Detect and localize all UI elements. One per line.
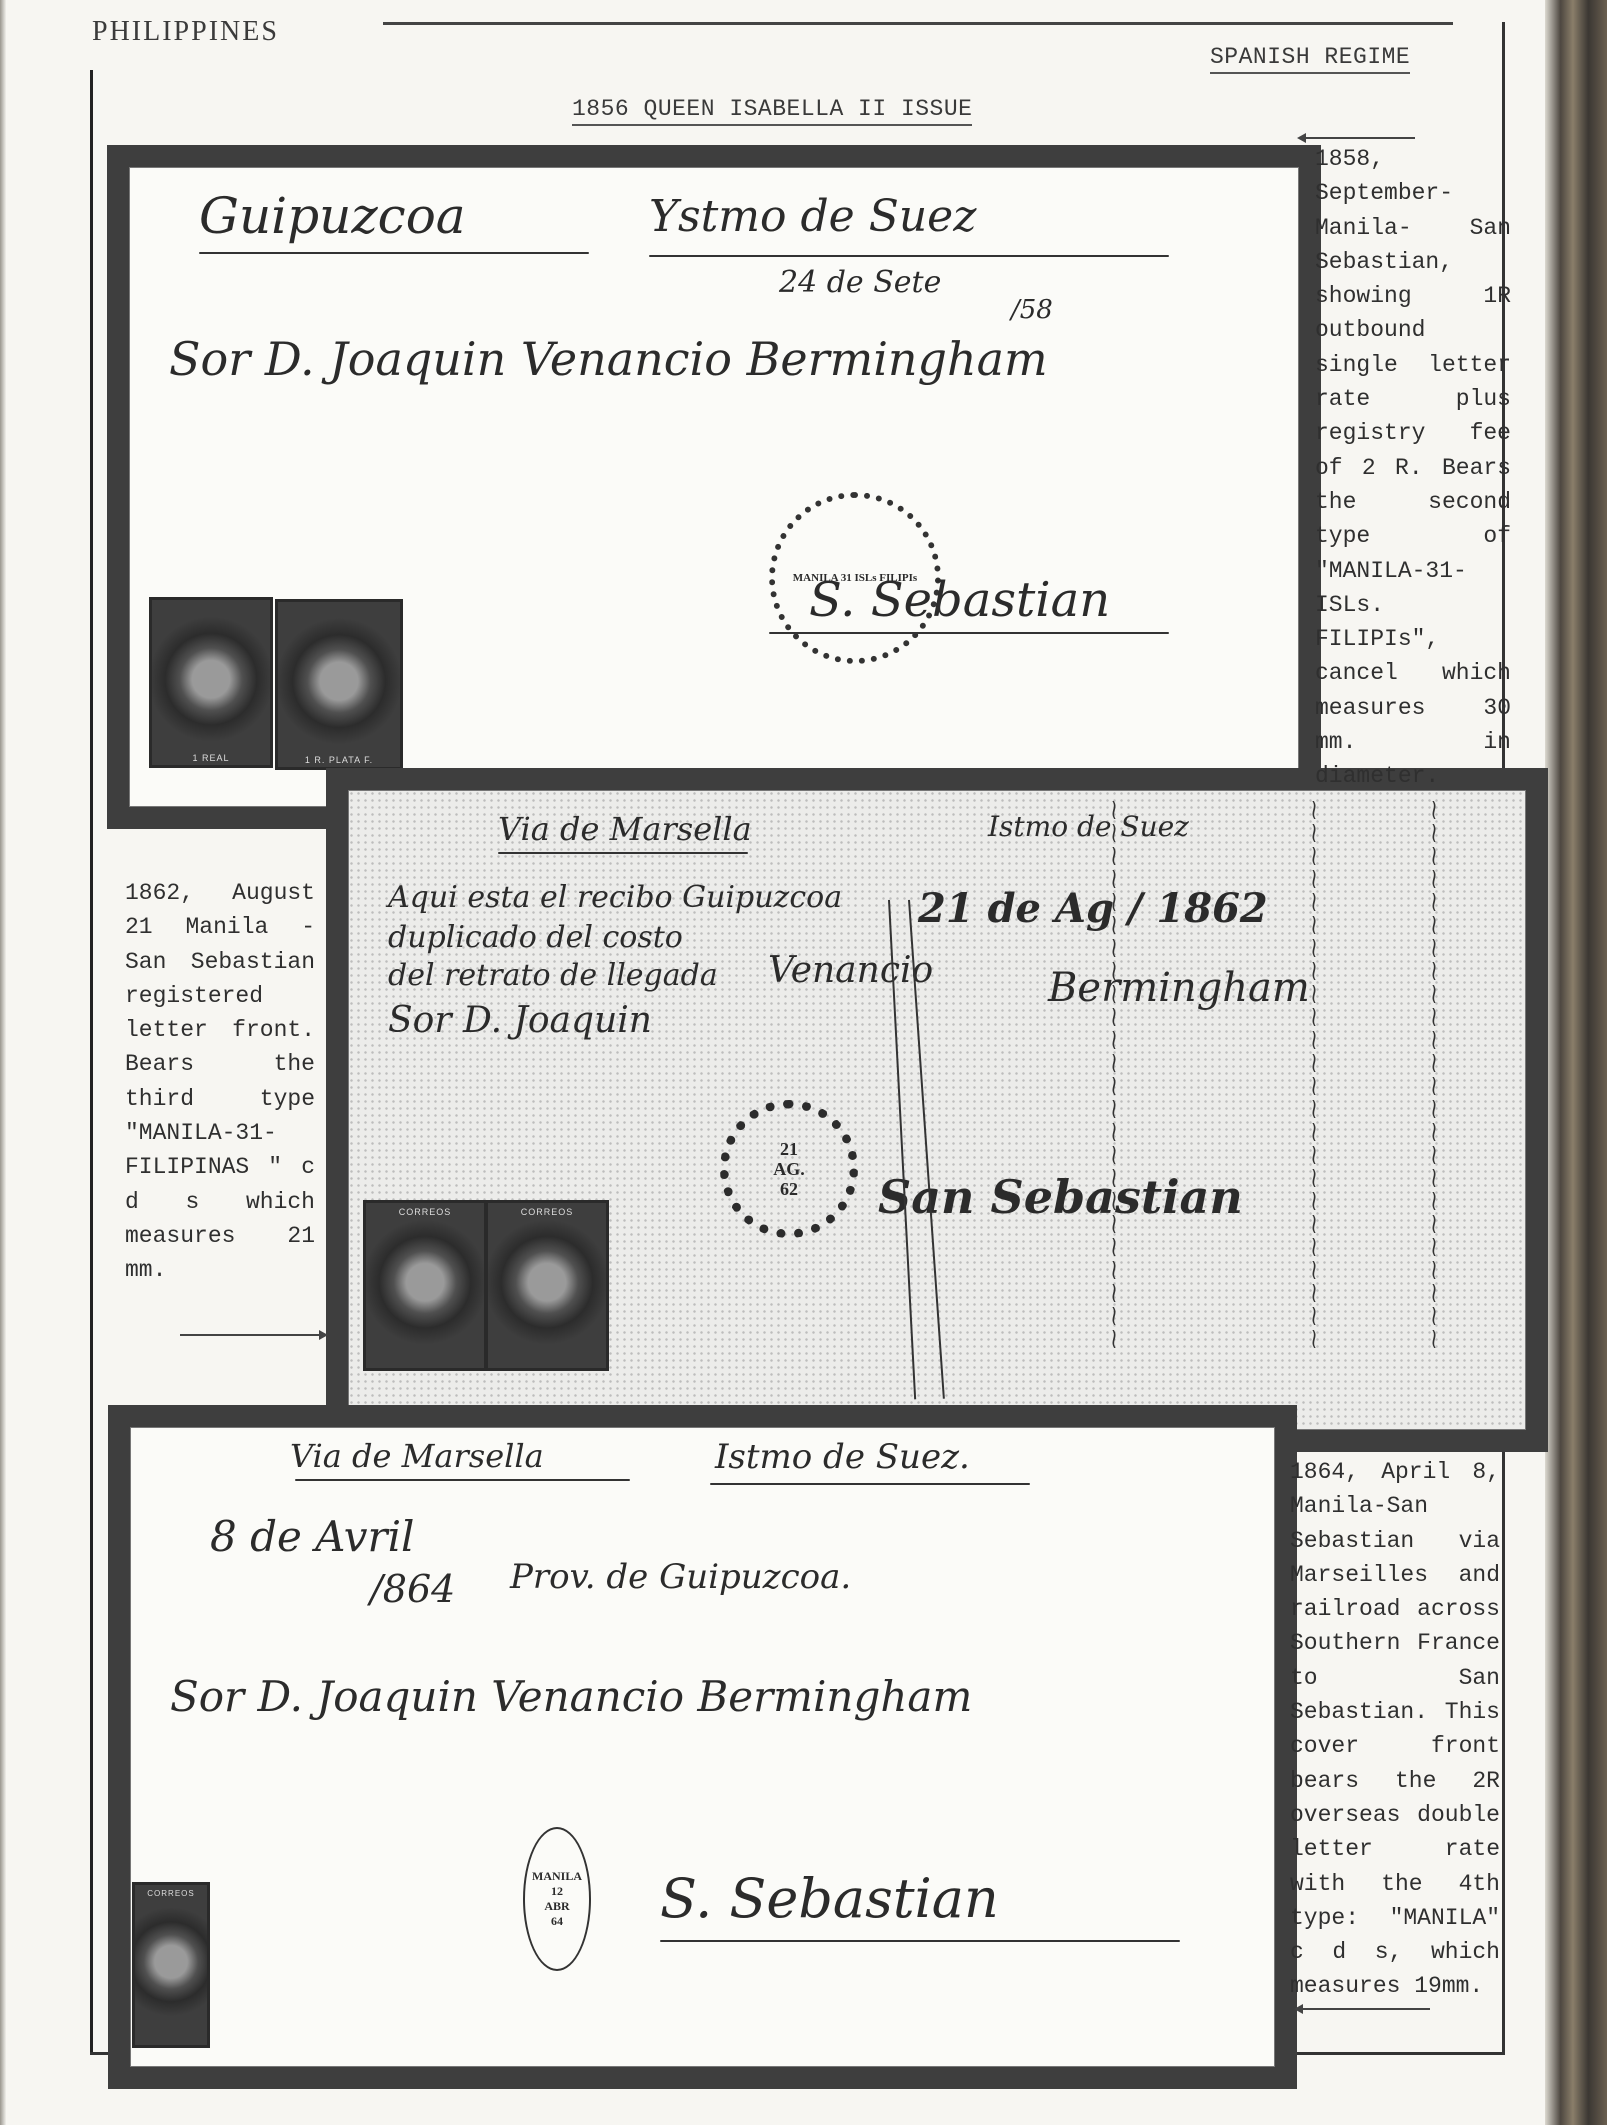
cover-1862: Via de Marsella Aqui esta el recibo Guip… [326,768,1548,1452]
handwriting-underline [649,255,1169,257]
section-label: SPANISH REGIME [1210,44,1410,74]
stamp-isabella-2: CORREOS [485,1200,609,1371]
stamp-isabella-single: CORREOS [132,1882,210,2048]
handwriting-underline [199,252,589,254]
scan-binding-edge [1545,0,1607,2125]
handwriting-route: Via de Marsella [290,1437,544,1475]
handwriting-istmo: Istmo de Suez [988,810,1189,843]
stamp-isabella-2: 1 R. PLATA F. [275,599,403,770]
header-rule [383,22,1453,25]
handwriting-province: Guipuzcoa [199,187,466,245]
handwriting-addressee: Sor D. Joaquin Venancio Bermingham [170,1672,972,1721]
handwriting-addressee: Sor D. Joaquin Venancio Bermingham [169,332,1048,386]
handwriting-route: Via de Marsella [498,810,752,848]
handwriting-addressee-mid: Venancio [768,950,933,991]
stamp-isabella-1: CORREOS [363,1200,487,1371]
handwriting-date: 8 de Avril [210,1512,414,1561]
caption-cover-1864: 1864, April 8, Manila-San Sebastian via … [1290,1455,1500,2004]
handwriting-underline [710,1483,1030,1485]
vertical-cross-writing: ⁓⁓⁓⁓⁓⁓⁓⁓⁓⁓⁓⁓⁓⁓⁓⁓⁓⁓⁓⁓⁓⁓⁓⁓ [1103,800,1127,1360]
vertical-cross-writing: ⁓⁓⁓⁓⁓⁓⁓⁓⁓⁓⁓⁓⁓⁓⁓⁓⁓⁓⁓⁓⁓⁓⁓⁓ [1423,800,1447,1360]
handwriting-underline [498,852,748,854]
cover-1864: Via de Marsella Istmo de Suez. 8 de Avri… [108,1405,1297,2089]
handwriting-note-3: del retrato de llegada [388,958,718,993]
postmark-manila-19mm: MANILA 12 ABR 64 [523,1827,591,1971]
caption-cover-1862: 1862, August 21 Manila - San Sebastian r… [125,876,315,1288]
issue-title: 1856 QUEEN ISABELLA II ISSUE [572,96,972,126]
handwriting-underline [769,632,1169,634]
handwriting-addressee-end: Bermingham [1048,965,1310,1011]
handwriting-year: /864 [370,1567,455,1611]
arrow-to-cover-1858 [1305,137,1415,139]
page-frame-left [90,70,93,2055]
handwriting-destination: San Sebastian [878,1170,1243,1224]
handwriting-destination: S. Sebastian [809,572,1110,628]
arrow-to-cover-1864 [1302,2008,1430,2010]
page-header-title: PHILIPPINES [92,16,279,48]
arrow-to-cover-1862 [180,1334,320,1336]
handwriting-addressee-start: Sor D. Joaquin [388,1000,652,1041]
handwriting-underline [295,1479,630,1481]
cover-1858: Guipuzcoa Ystmo de Suez 24 de Sete /58 S… [107,145,1321,829]
handwriting-year: /58 [1011,295,1053,325]
stamp-isabella-1: 1 REAL [149,597,273,768]
handwriting-route: Ystmo de Suez [649,191,976,242]
handwriting-note-2: duplicado del costo [388,920,683,955]
scan-left-edge [0,0,6,2125]
vertical-cross-writing: ⁓⁓⁓⁓⁓⁓⁓⁓⁓⁓⁓⁓⁓⁓⁓⁓⁓⁓⁓⁓⁓⁓⁓⁓ [1303,800,1327,1360]
handwriting-destination: S. Sebastian [660,1867,999,1930]
handwriting-province: Prov. de Guipuzcoa. [510,1557,851,1597]
caption-cover-1858: 1858, September- Manila- San Sebastian, … [1315,142,1511,794]
postmark-manila-21mm: 21 AG. 62 [720,1100,858,1238]
handwriting-date: 24 de Sete [779,265,941,300]
handwriting-note-1: Aqui esta el recibo Guipuzcoa [388,880,842,915]
handwriting-route-right: Istmo de Suez. [715,1437,970,1477]
handwriting-underline [660,1940,1180,1942]
handwriting-date: 21 de Ag / 1862 [918,885,1268,932]
